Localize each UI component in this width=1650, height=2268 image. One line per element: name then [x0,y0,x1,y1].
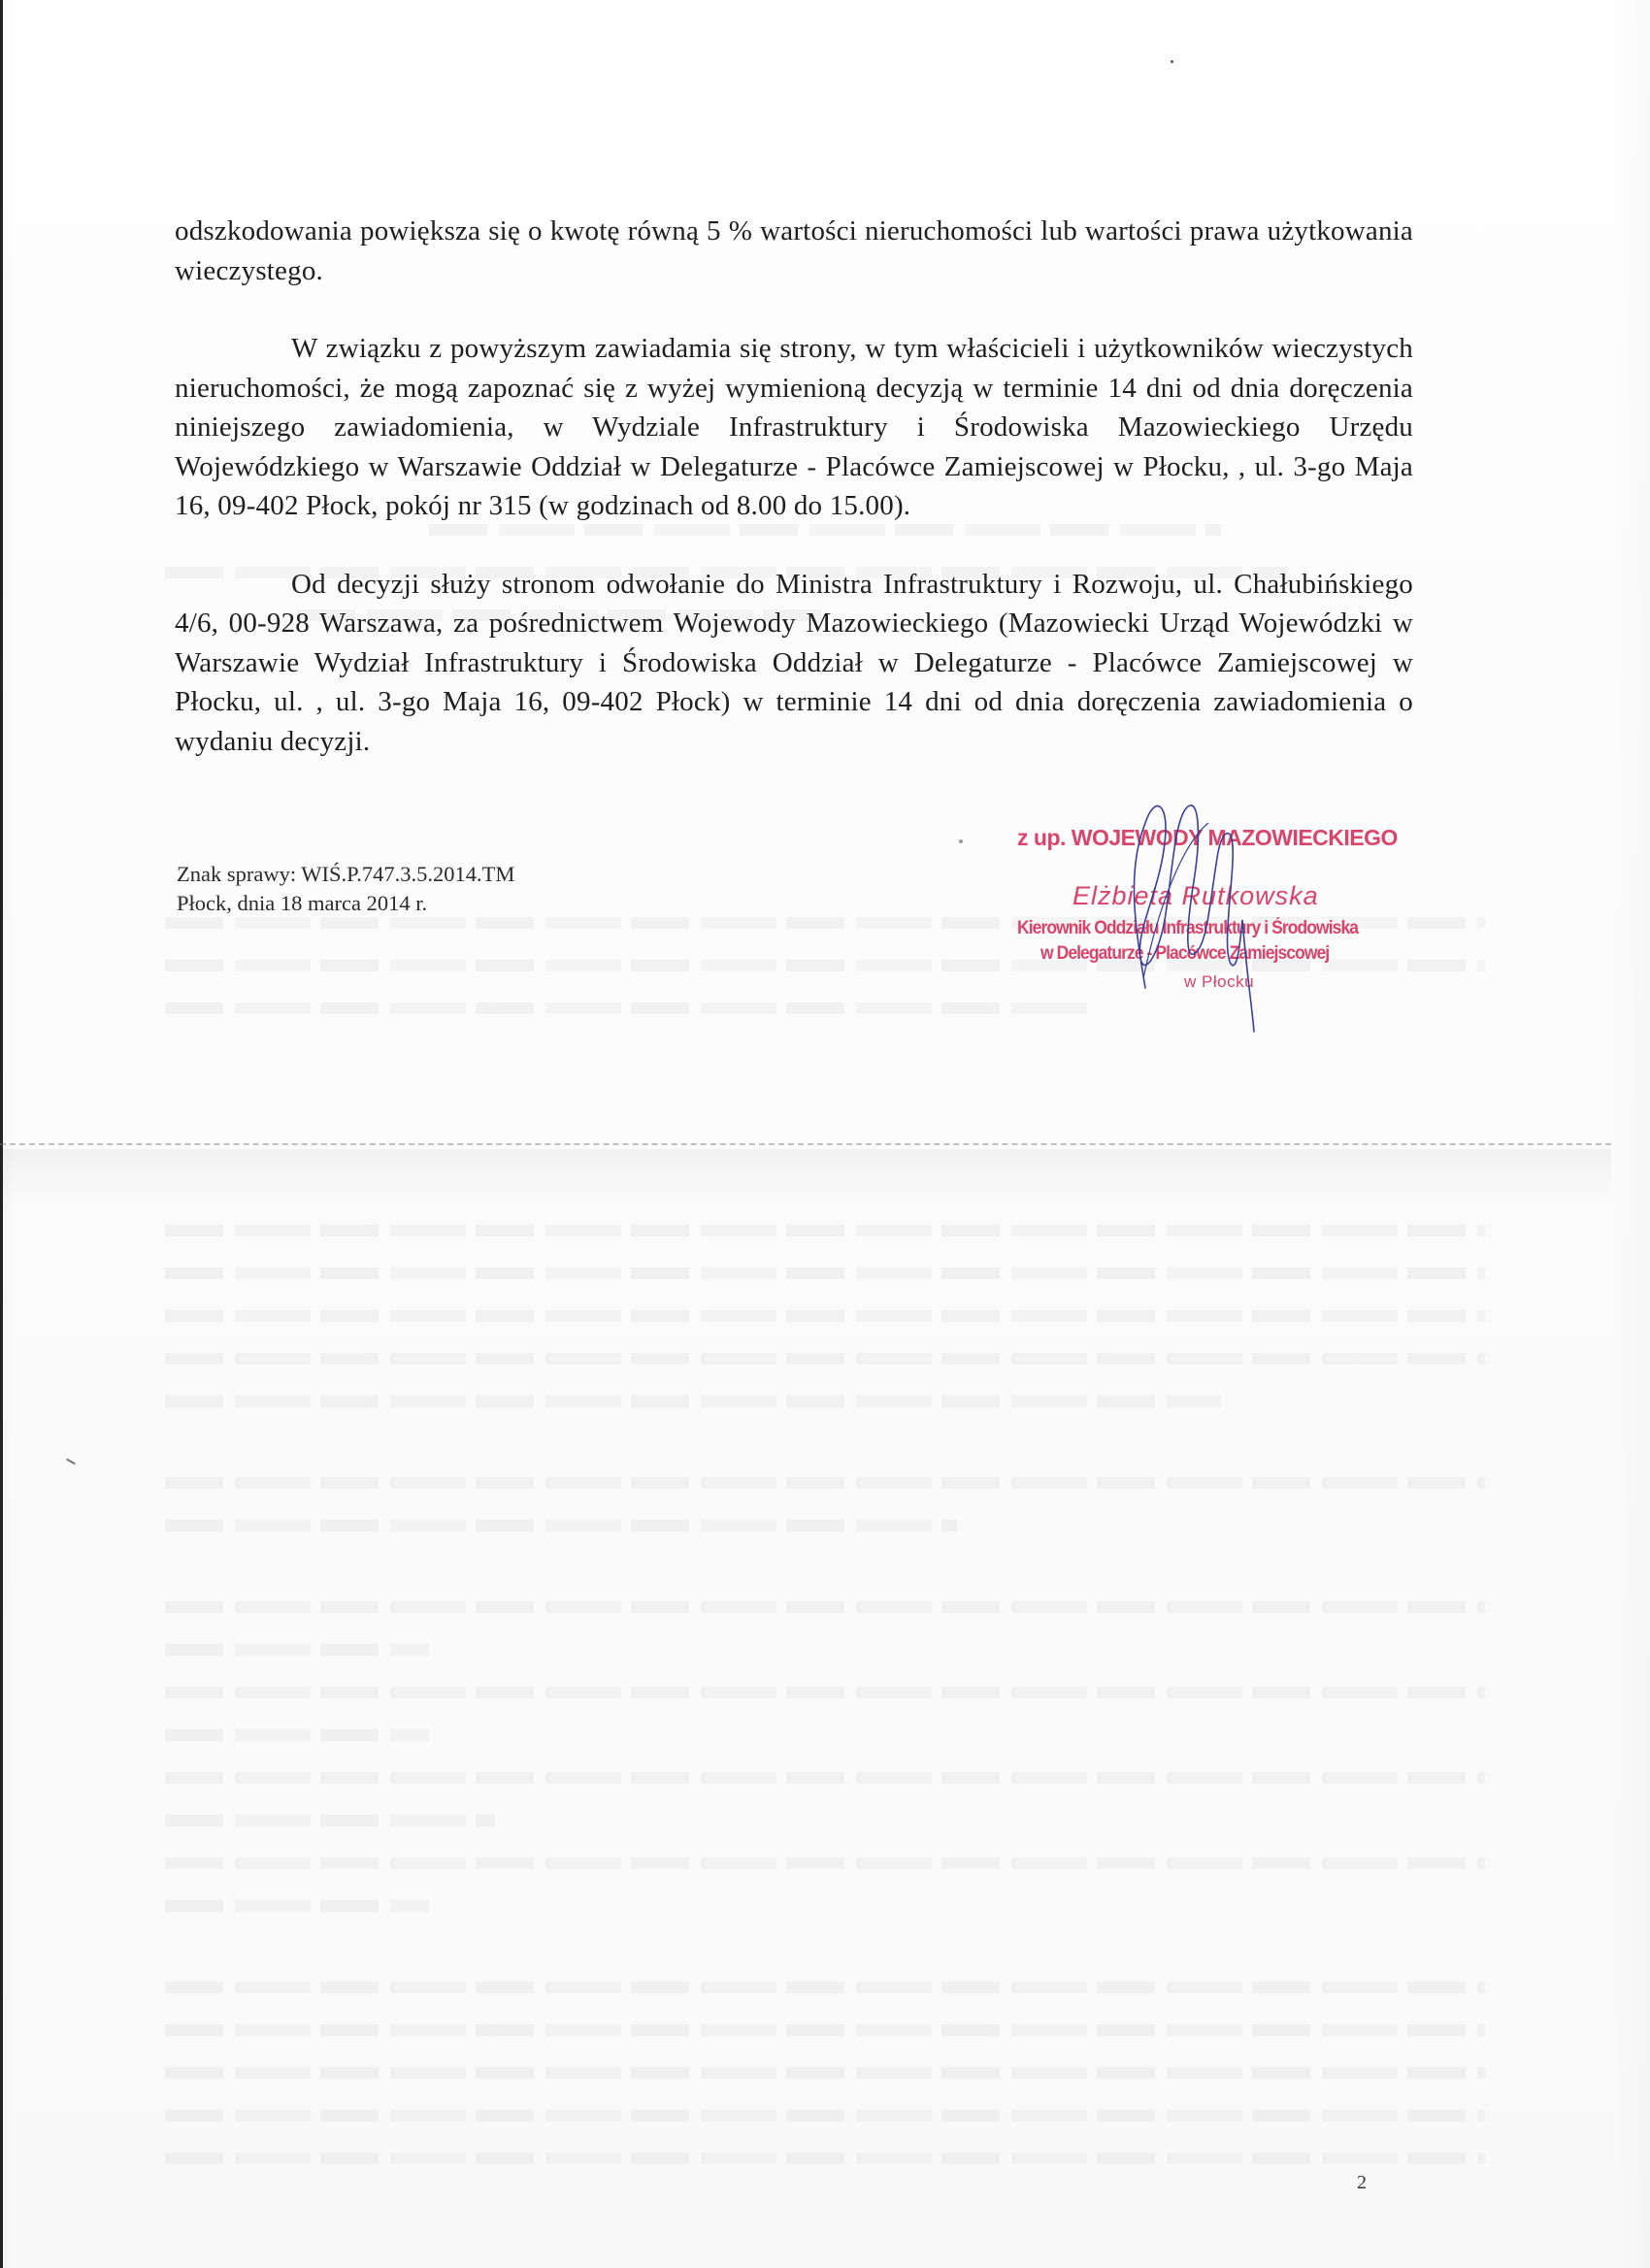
scan-edge [0,0,3,2268]
place-date: Płock, dnia 18 marca 2014 r. [177,889,514,918]
scan-speck [1171,60,1173,63]
paragraph-notification: W związku z powyższym zawiadamia się str… [175,329,1413,526]
case-reference: Znak sprawy: WIŚ.P.747.3.5.2014.TM [177,860,514,889]
page-number: 2 [1357,2172,1367,2194]
scan-speck [959,839,963,843]
paper-fold-shadow [0,1149,1611,1207]
letter-body: odszkodowania powiększa się o kwotę równ… [175,212,1413,761]
paragraph-compensation: odszkodowania powiększa się o kwotę równ… [175,212,1413,290]
handwritten-signature-icon [1116,784,1271,1036]
bleed-through-text-lower [165,1225,1485,2195]
scan-shadow [1611,0,1650,2268]
paragraph-appeal: Od decyzji służy stronom odwołanie do Mi… [175,565,1413,762]
case-info-block: Znak sprawy: WIŚ.P.747.3.5.2014.TM Płock… [177,860,514,918]
